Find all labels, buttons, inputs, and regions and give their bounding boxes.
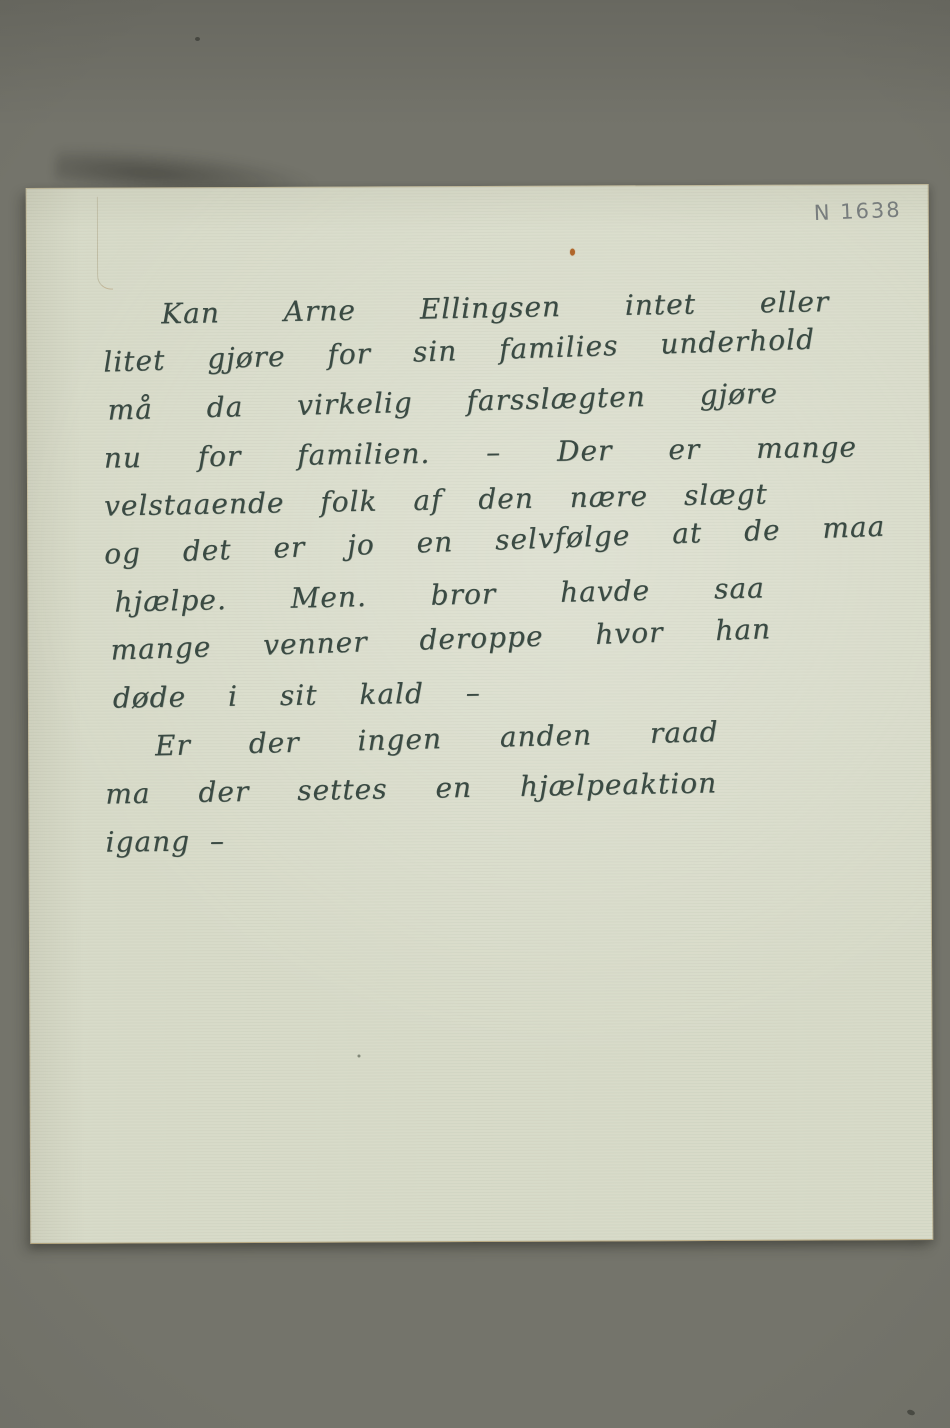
photo-background: N 1638 Kan Arne Ellingsen intet eller li… [0,0,950,1428]
background-speck [906,1409,915,1416]
handwritten-line-12: igang – [105,810,900,867]
paper-speck [357,1055,360,1058]
background-speck [195,37,200,41]
rust-fleck [570,249,575,256]
archive-number-label: N 1638 [814,198,903,225]
handwritten-text-block: Kan Arne Ellingsen intet eller litet gjø… [103,287,901,866]
paper-crease-mark [97,197,113,290]
letter-page: N 1638 Kan Arne Ellingsen intet eller li… [26,184,934,1244]
